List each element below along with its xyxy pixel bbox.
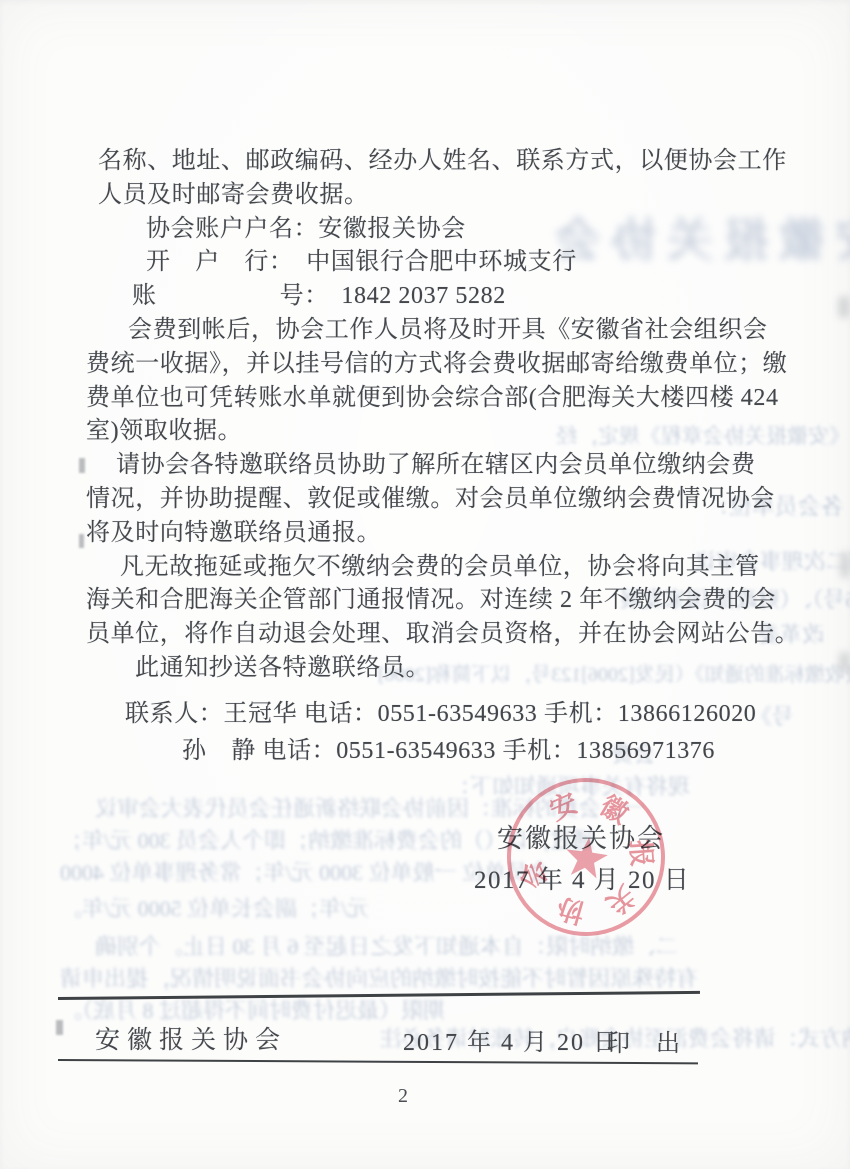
footer-rule-top <box>58 991 700 1000</box>
body-line: 凡无故拖延或拖欠不缴纳会费的会员单位，协会将向其主管 <box>86 551 776 585</box>
page-number: 2 <box>398 1085 408 1108</box>
body-line: 员单位，将作自动退会处理、取消会员资格，并在协会网站公告。 <box>86 618 776 652</box>
body-line: 此通知抄送各特邀联络员。 <box>86 652 776 686</box>
scanned-document-page: 安徽报关协会《安徽报关协会章程》规定，经各会员单位：七届二次理事会审议136号）… <box>0 0 850 1169</box>
bleedthrough-text: 元/年；副会长单位 5000 元/年。 <box>60 892 369 923</box>
body-text: 名称、地址、邮政编码、经办人姓名、联系方式，以便协会工作人员及时邮寄会费收据。协… <box>86 145 776 686</box>
body-line: 名称、地址、邮政编码、经办人姓名、联系方式，以便协会工作 <box>86 145 776 179</box>
footer-date: 2017 年 4 月 20 日 <box>403 1022 619 1057</box>
body-line: 室)领取收据。 <box>86 415 776 449</box>
scan-artifact <box>56 1020 63 1035</box>
seal-char: 报 <box>625 839 658 868</box>
contact-line-1: 联系人：王冠华 电话：0551-63549633 手机：13866126020 <box>125 696 756 733</box>
body-line: 协会账户户名：安徽报关协会 <box>86 213 776 247</box>
body-line: 费统一收据》，并以挂号信的方式将会费收据邮寄给缴费单位；缴 <box>86 348 776 382</box>
seal-char: 会 <box>515 857 552 892</box>
scan-smudge <box>838 296 850 318</box>
scan-smudge <box>840 552 850 578</box>
scan-artifact <box>79 458 85 473</box>
official-seal-stamp: 安徽报关协会 <box>479 750 692 963</box>
scan-artifact <box>79 534 84 548</box>
footer-rule-bottom <box>58 1059 698 1064</box>
body-line: 海关和合肥海关企管部门通报情况。对连续 2 年不缴纳会费的会 <box>86 584 776 618</box>
body-line: 费单位也可凭转账水单就便到协会综合部(合肥海关大楼四楼 424 <box>86 382 776 416</box>
body-line: 人员及时邮寄会费收据。 <box>86 179 776 213</box>
footer-org: 安徽报关协会 <box>95 1020 287 1056</box>
bleedthrough-text: 号》 <box>750 700 794 731</box>
seal-char: 关 <box>601 880 641 920</box>
body-line: 账 号： 1842 2037 5282 <box>86 280 776 314</box>
bleedthrough-text: 有特殊原因暂时不能按时缴纳的应向协会书面说明情况，提出申请 <box>60 962 698 993</box>
body-line: 开 户 行： 中国银行合肥中环城支行 <box>86 246 776 280</box>
footer-printed-label: 印 出 <box>606 1023 690 1058</box>
body-line: 情况，并协助提醒、敦促或催缴。对会员单位缴纳会费情况协会 <box>86 483 776 517</box>
seal-char: 协 <box>553 891 588 928</box>
body-line: 请协会各特邀联络员协助了解所在辖区内会员单位缴纳会费 <box>86 449 776 483</box>
body-line: 将及时向特邀联络员通报。 <box>86 517 776 551</box>
seal-char: 安 <box>545 788 582 826</box>
seal-char: 徽 <box>595 790 634 830</box>
body-line: 会费到帐后，协会工作人员将及时开具《安徽省社会组织会 <box>86 314 776 348</box>
scan-smudge <box>839 652 850 672</box>
star-icon <box>563 834 610 879</box>
